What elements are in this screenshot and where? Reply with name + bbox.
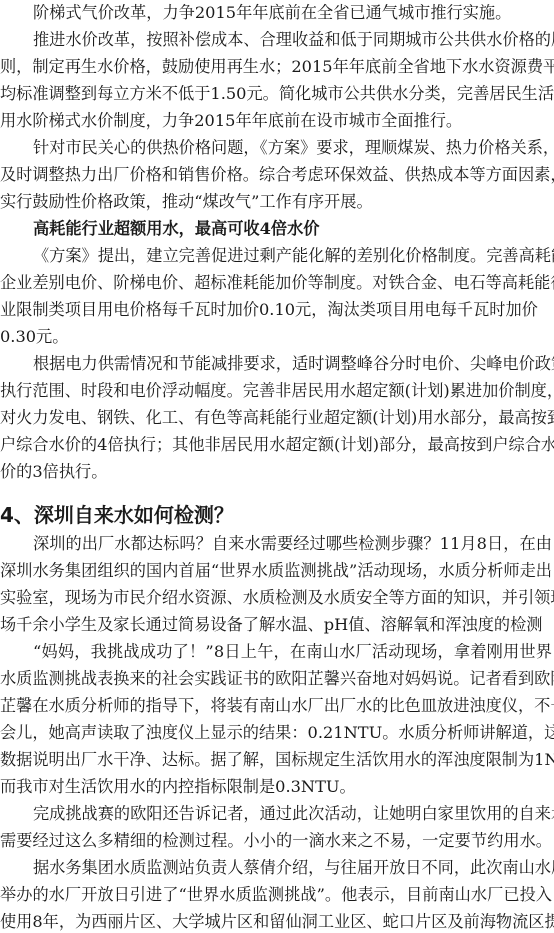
- text-line: 完成挑战赛的欧阳还告诉记者，通过此次活动，让她明白家里饮用的自来水: [33, 803, 552, 825]
- text-line: 《方案》提出，建立完善促进过剩产能化解的差别化价格制度。完善高耗能: [33, 245, 552, 267]
- text-line: 数据说明出厂水干净、达标。据了解，国标规定生活饮用水的浑浊度限制为1NTU，: [0, 749, 552, 771]
- text-line: 户综合水价的4倍执行；其他非居民用水超定额(计划)部分，最高按到户综合水: [0, 434, 552, 456]
- text-line: 会儿，她高声读取了浊度仪上显示的结果：0.21NTU。水质分析师讲解道，这个: [0, 722, 552, 744]
- text-line: 则，制定再生水价格，鼓励使用再生水；2015年年底前全省地下水水资源费平: [0, 56, 552, 78]
- text-line: 使用8年，为西丽片区、大学城片区和留仙洞工业区、蛇口片区及前海物流区提: [0, 911, 552, 933]
- text-line: 业限制类项目用电价格每千瓦时加价0.10元，淘汰类项目用电每千瓦时加价: [0, 299, 552, 321]
- section-heading: 4、深圳自来水如何检测？: [0, 502, 234, 528]
- text-line: “妈妈，我挑战成功了！”8日上午，在南山水厂活动现场，拿着刚用世界: [33, 641, 552, 663]
- text-line: 实行鼓励性价格政策，推动“煤改气”工作有序开展。: [0, 191, 552, 213]
- text-line: 执行范围、时段和电价浮动幅度。完善非居民用水超定额(计划)累进加价制度，: [0, 380, 552, 402]
- text-line: 阶梯式气价改革，力争2015年年底前在全省已通气城市推行实施。: [33, 2, 552, 24]
- text-line: 0.30元。: [0, 326, 552, 348]
- text-line: 推进水价改革，按照补偿成本、合理收益和低于同期城市公共供水价格的原: [33, 29, 552, 51]
- text-line: 场千余小学生及家长通过简易设备了解水温、pH值、溶解氧和浑浊度的检测: [0, 614, 552, 636]
- text-line: 水质监测挑战表换来的社会实践证书的欧阳芷馨兴奋地对妈妈说。记者看到欧阳: [0, 668, 552, 690]
- text-line: 据水务集团水质监测站负责人蔡倩介绍，与往届开放日不同，此次南山水厂: [33, 857, 552, 879]
- text-line: 用水阶梯式水价制度，力争2015年年底前在设市城市全面推行。: [0, 110, 552, 132]
- text-line: 根据电力供需情况和节能减排要求，适时调整峰谷分时电价、尖峰电价政策: [33, 353, 552, 375]
- text-line: 针对市民关心的供热价格问题，《方案》要求，理顺煤炭、热力价格关系，: [33, 137, 552, 159]
- text-line: 均标准调整到每立方米不低于1.50元。简化城市公共供水分类，完善居民生活: [0, 83, 552, 105]
- text-line: 芷馨在水质分析师的指导下，将装有南山水厂出厂水的比色皿放进浊度仪，不一: [0, 695, 552, 717]
- text-line: 而我市对生活饮用水的内控指标限制是0.3NTU。: [0, 776, 552, 798]
- text-line: 需要经过这么多精细的检测过程。小小的一滴水来之不易，一定要节约用水。: [0, 830, 552, 852]
- text-line: 深圳的出厂水都达标吗？自来水需要经过哪些检测步骤？11月8日，在由: [33, 533, 552, 555]
- text-line: 深圳水务集团组织的国内首届“世界水质监测挑战”活动现场，水质分析师走出: [0, 560, 552, 582]
- text-line: 举办的水厂开放日引进了“世界水质监测挑战”。他表示，目前南山水厂已投入: [0, 884, 552, 906]
- subheading-line: 高耗能行业超额用水，最高可收4倍水价: [33, 218, 552, 240]
- text-line: 企业差别电价、阶梯电价、超标准耗能加价等制度。对铁合金、电石等高耗能行: [0, 272, 552, 294]
- text-line: 及时调整热力出厂价格和销售价格。综合考虑环保效益、供热成本等方面因素，: [0, 164, 552, 186]
- text-line: 实验室，现场为市民介绍水资源、水质检测及水质安全等方面的知识，并引领现: [0, 587, 552, 609]
- text-line: 对火力发电、钢铁、化工、有色等高耗能行业超定额(计划)用水部分，最高按到: [0, 407, 552, 429]
- text-line: 价的3倍执行。: [0, 461, 552, 483]
